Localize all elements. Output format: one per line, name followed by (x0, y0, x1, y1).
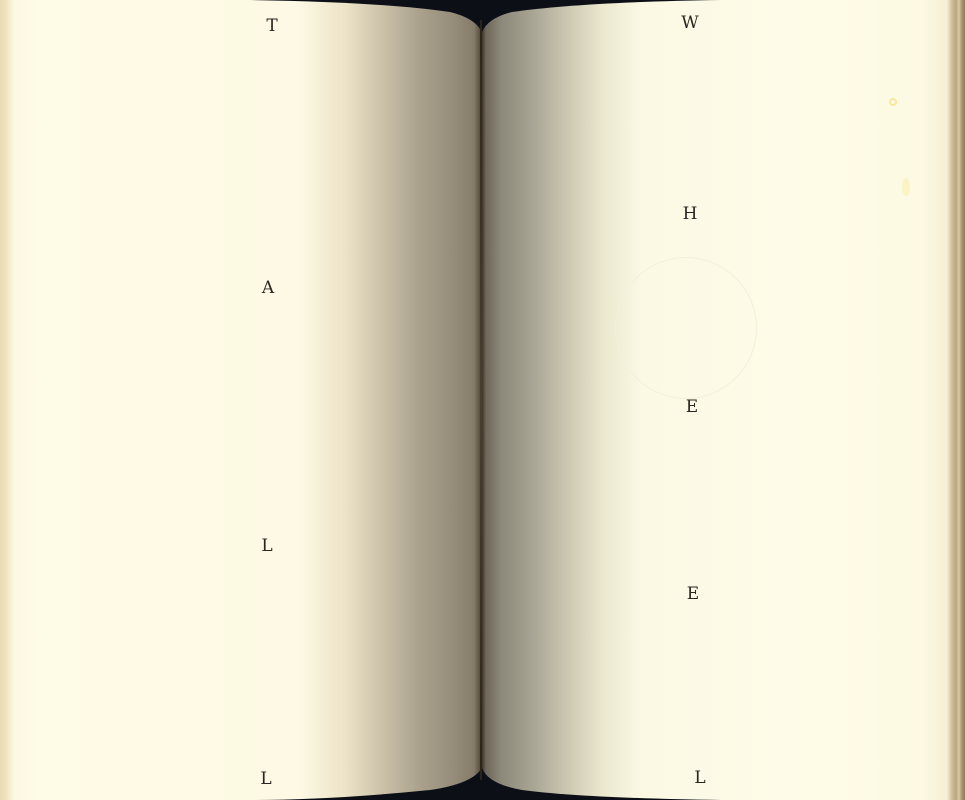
right-letter-2: H (683, 206, 698, 223)
yellow-stain (889, 98, 897, 106)
right-letter-5: L (694, 770, 705, 787)
right-letter-4: E (687, 586, 699, 603)
open-book-spread: T A L L W H E E L (0, 0, 965, 800)
book-gutter (480, 20, 482, 780)
left-letter-4: L (260, 771, 271, 788)
yellow-stain (902, 178, 910, 196)
bleed-through-stamp (615, 257, 757, 399)
left-page (0, 0, 482, 800)
left-letter-3: L (261, 538, 272, 555)
right-page (482, 0, 965, 800)
right-letter-3: E (686, 399, 698, 416)
left-letter-1: T (266, 18, 277, 35)
right-letter-1: W (681, 15, 698, 32)
left-letter-2: A (262, 280, 274, 297)
